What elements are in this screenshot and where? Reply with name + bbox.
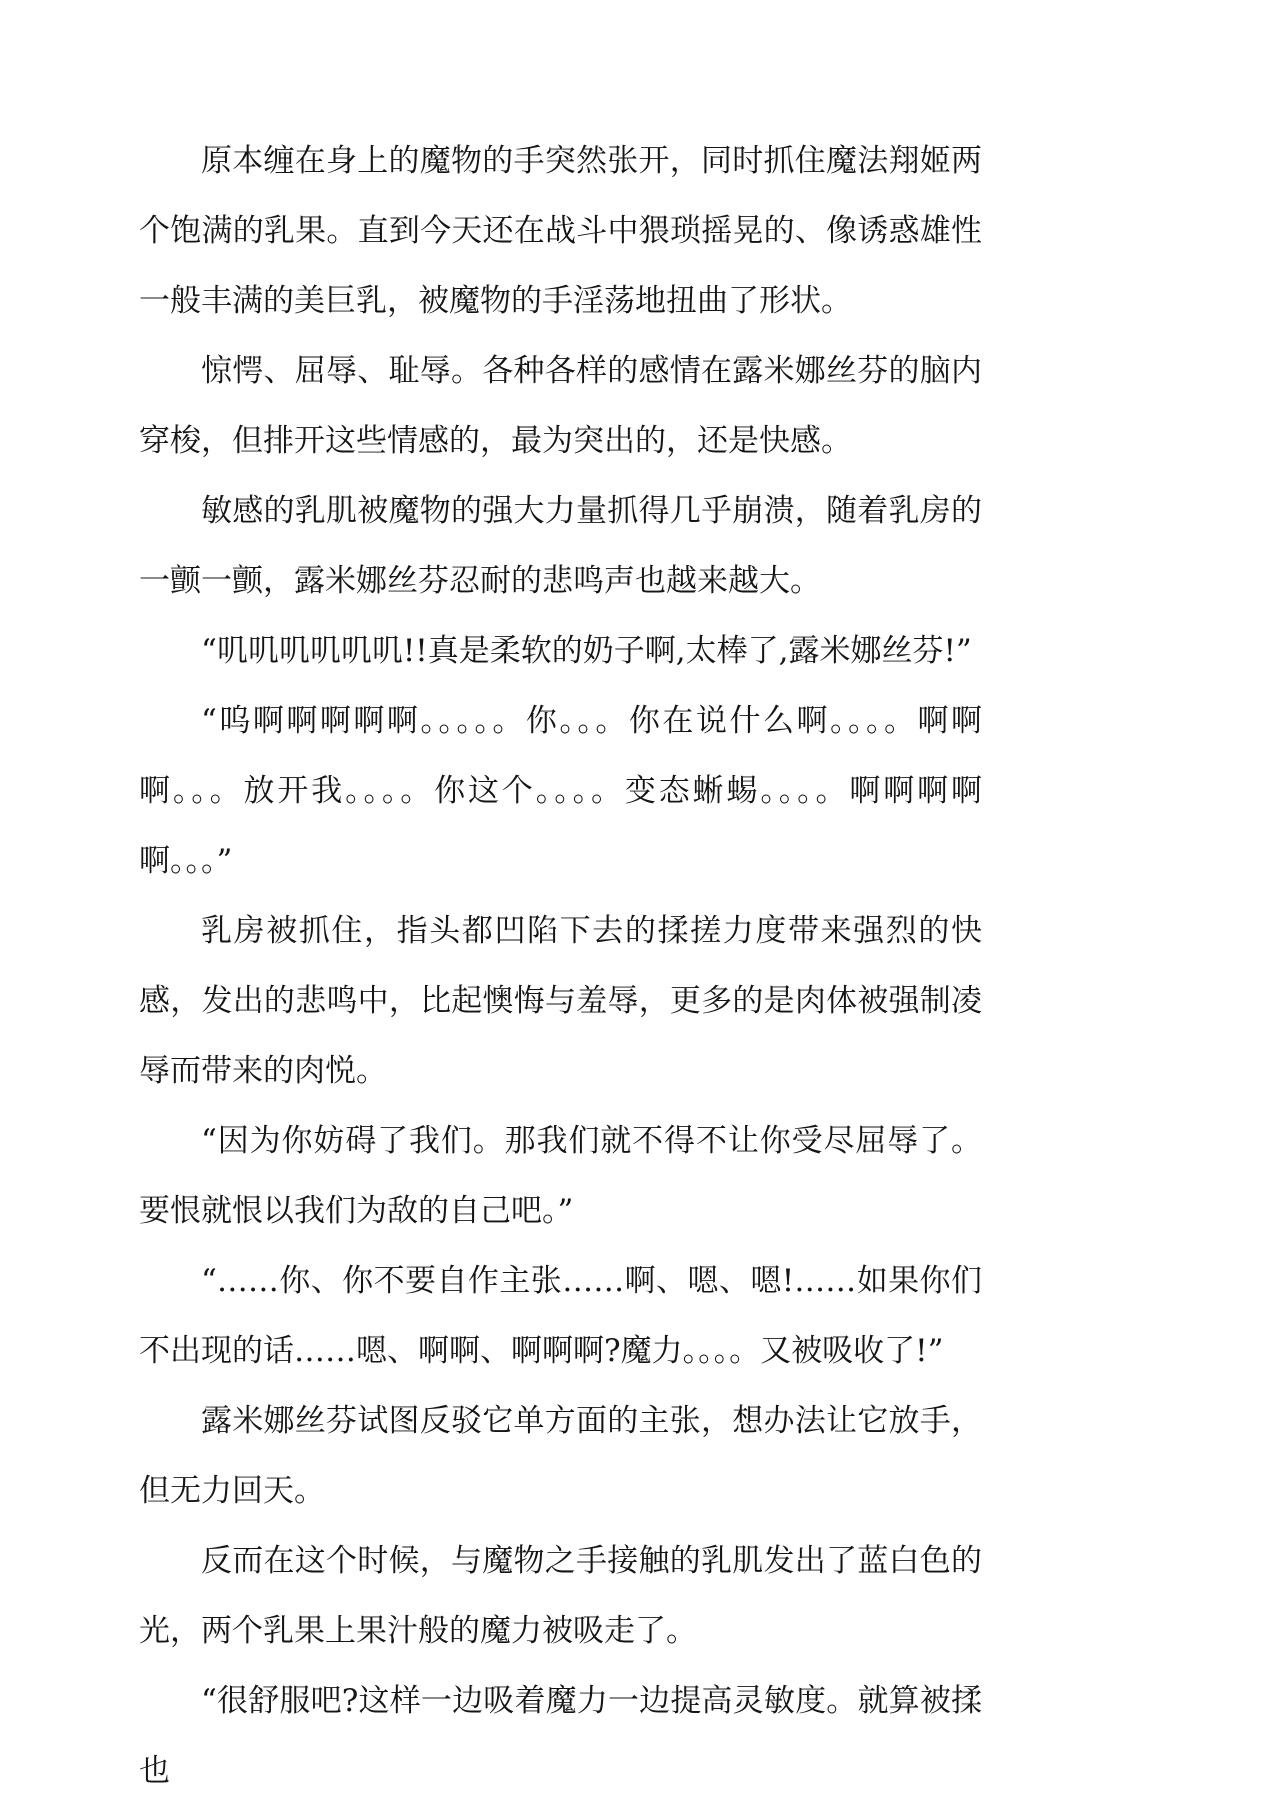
paragraph: 乳房被抓住，指头都凹陷下去的揉搓力度带来强烈的快感，发出的悲鸣中，比起懊悔与羞辱… <box>139 896 982 1106</box>
paragraph: 露米娜丝芬试图反驳它单方面的主张，想办法让它放手，但无力回天。 <box>139 1386 982 1526</box>
paragraph: 反而在这个时候，与魔物之手接触的乳肌发出了蓝白色的光，两个乳果上果汁般的魔力被吸… <box>139 1526 982 1666</box>
paragraph: 敏感的乳肌被魔物的强大力量抓得几乎崩溃，随着乳房的一颤一颤，露米娜丝芬忍耐的悲鸣… <box>139 476 982 616</box>
paragraph: 原本缠在身上的魔物的手突然张开，同时抓住魔法翔姬两个饱满的乳果。直到今天还在战斗… <box>139 126 982 336</box>
paragraph: “很舒服吧?这样一边吸着魔力一边提高灵敏度。就算被揉也 <box>139 1666 982 1806</box>
document-page: 原本缠在身上的魔物的手突然张开，同时抓住魔法翔姬两个饱满的乳果。直到今天还在战斗… <box>0 0 1280 1810</box>
paragraph: 惊愕、屈辱、耻辱。各种各样的感情在露米娜丝芬的脑内穿梭，但排开这些情感的，最为突… <box>139 336 982 476</box>
paragraph: “因为你妨碍了我们。那我们就不得不让你受尽屈辱了。要恨就恨以我们为敌的自己吧。” <box>139 1106 982 1246</box>
text-content: 原本缠在身上的魔物的手突然张开，同时抓住魔法翔姬两个饱满的乳果。直到今天还在战斗… <box>139 126 982 1806</box>
paragraph: “……你、你不要自作主张……啊、嗯、嗯!……如果你们不出现的话……嗯、啊啊、啊啊… <box>139 1246 982 1386</box>
paragraph: “呜啊啊啊啊啊。。。。。你。。。你在说什么啊。。。。啊啊啊。。。放开我。。。。你… <box>139 686 982 896</box>
paragraph: “叽叽叽叽叽叽!!真是柔软的奶子啊,太棒了,露米娜丝芬!” <box>139 616 982 686</box>
